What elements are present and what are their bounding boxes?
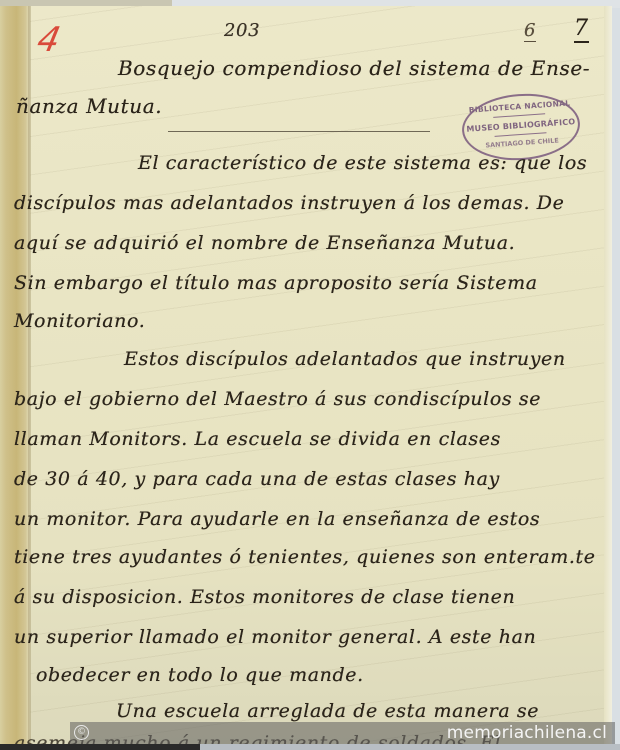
title-underline (168, 131, 430, 132)
title-line-1: Bosquejo compendioso del sistema de Ense… (118, 56, 590, 80)
paragraph-2-line-7: á su disposicion. Estos monitores de cla… (14, 586, 515, 608)
stamp-line-3: SANTIAGO DE CHILE (465, 135, 579, 151)
paragraph-2-line-9: obedecer en todo lo que mande. (36, 664, 364, 686)
paragraph-2-line-8: un superior llamado el monitor general. … (14, 626, 536, 648)
folio-number-right-b: 7 (574, 16, 589, 43)
paragraph-1-line-5: Monitoriano. (14, 310, 145, 332)
folio-number-center: 203 (224, 20, 260, 41)
paragraph-1-line-1: El característico de este sistema es: qu… (138, 152, 587, 174)
page-right-edge (604, 6, 612, 744)
paragraph-2-line-3: llaman Monitors. La escuela se divida en… (14, 428, 501, 450)
paragraph-3-line-1: Una escuela arreglada de esta manera se (116, 700, 539, 722)
manuscript-page: 4 203 6 7 Bosquejo compendioso del siste… (0, 6, 612, 744)
paragraph-2-line-2: bajo el gobierno del Maestro á sus condi… (14, 388, 541, 410)
watermark-text: memoriachilena.cl (447, 722, 607, 744)
stamp-line-2: MUSEO BIBLIOGRÁFICO (464, 117, 578, 134)
paragraph-2-line-1: Estos discípulos adelantados que instruy… (124, 348, 566, 370)
watermark-bar: © memoriachilena.cl (70, 722, 615, 744)
paragraph-1-line-3: aquí se adquirió el nombre de Enseñanza … (14, 232, 515, 254)
scan-bottom-edge-dark (0, 744, 200, 750)
folio-number-right-a: 6 (524, 20, 536, 42)
paragraph-2-line-6: tiene tres ayudantes ó tenientes, quiene… (14, 546, 596, 568)
paragraph-2-line-4: de 30 á 40, y para cada una de estas cla… (14, 468, 500, 490)
paragraph-2-line-5: un monitor. Para ayudarle en la enseñanz… (14, 508, 540, 530)
title-line-2: ñanza Mutua. (16, 94, 162, 118)
paragraph-1-line-2: discípulos mas adelantados instruyen á l… (14, 192, 564, 214)
scan-bottom-edge-light (200, 744, 620, 750)
paragraph-1-line-4: Sin embargo el título mas aproposito ser… (14, 272, 538, 294)
copyright-icon: © (74, 725, 89, 740)
